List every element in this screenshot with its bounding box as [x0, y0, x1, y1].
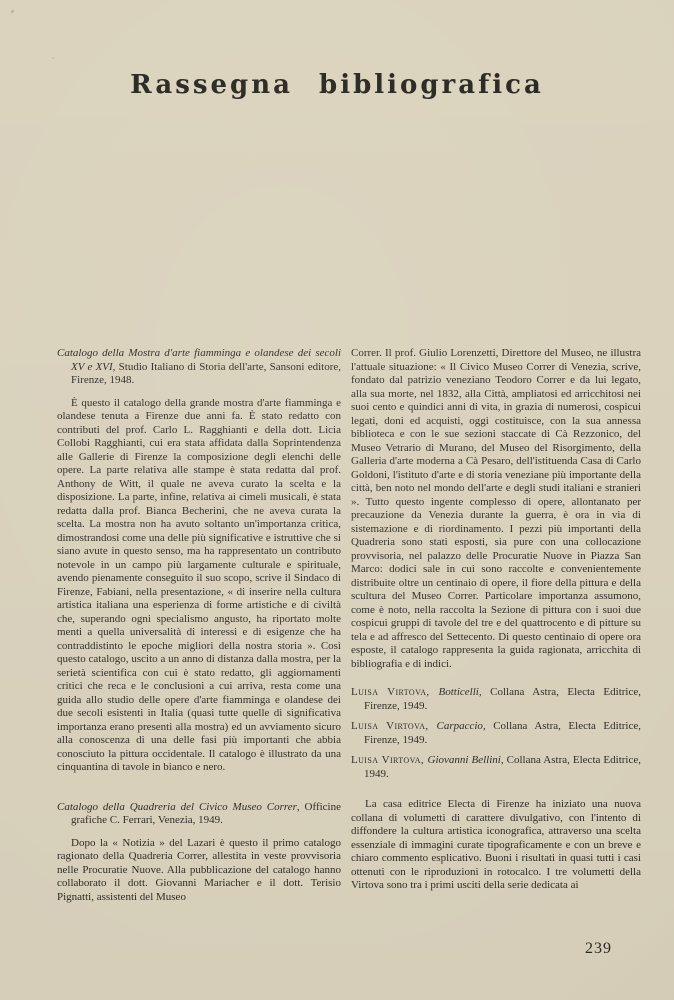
scan-speck: [11, 10, 14, 13]
left-column: Catalogo della Mostra d'arte fiamminga e…: [57, 347, 341, 904]
scan-speck: [52, 57, 54, 59]
citation-heading-2: Catalogo della Quadreria del Civico Muse…: [57, 801, 341, 828]
scanned-page: Rassegna bibliografica Catalogo della Mo…: [0, 0, 674, 1000]
body-paragraph: È questo il catalogo della grande mostra…: [57, 397, 341, 775]
author-name: Luisa Virtova,: [351, 720, 436, 732]
page-title: Rassegna bibliografica: [0, 70, 674, 100]
cited-work-title: Catalogo della Quadreria del Civico Muse…: [57, 801, 297, 813]
text-columns: Catalogo della Mostra d'arte fiamminga e…: [57, 347, 641, 904]
bibliography-entry: Luisa Virtova, Giovanni Bellini, Collana…: [351, 754, 641, 781]
bibliography-entry: Luisa Virtova, Botticelli, Collana Astra…: [351, 686, 641, 713]
author-name: Luisa Virtova,: [351, 754, 428, 766]
citation-heading-1: Catalogo della Mostra d'arte fiamminga e…: [57, 347, 341, 388]
body-paragraph-closing: La casa editrice Electa di Firenze ha in…: [351, 798, 641, 893]
book-title: Giovanni Bellini: [428, 754, 501, 766]
bibliography-entry: Luisa Virtova, Carpaccio, Collana Astra,…: [351, 720, 641, 747]
body-paragraph: Dopo la « Notizia » del Lazari è questo …: [57, 837, 341, 905]
book-title: Botticelli: [439, 686, 479, 698]
right-column: Correr. Il prof. Giulio Lorenzetti, Dire…: [351, 347, 641, 904]
book-title: Carpaccio: [436, 720, 482, 732]
page-number: 239: [585, 940, 612, 958]
author-name: Luisa Virtova,: [351, 686, 439, 698]
body-paragraph-continuation: Correr. Il prof. Giulio Lorenzetti, Dire…: [351, 347, 641, 671]
bibliography-list: Luisa Virtova, Botticelli, Collana Astra…: [351, 686, 641, 781]
